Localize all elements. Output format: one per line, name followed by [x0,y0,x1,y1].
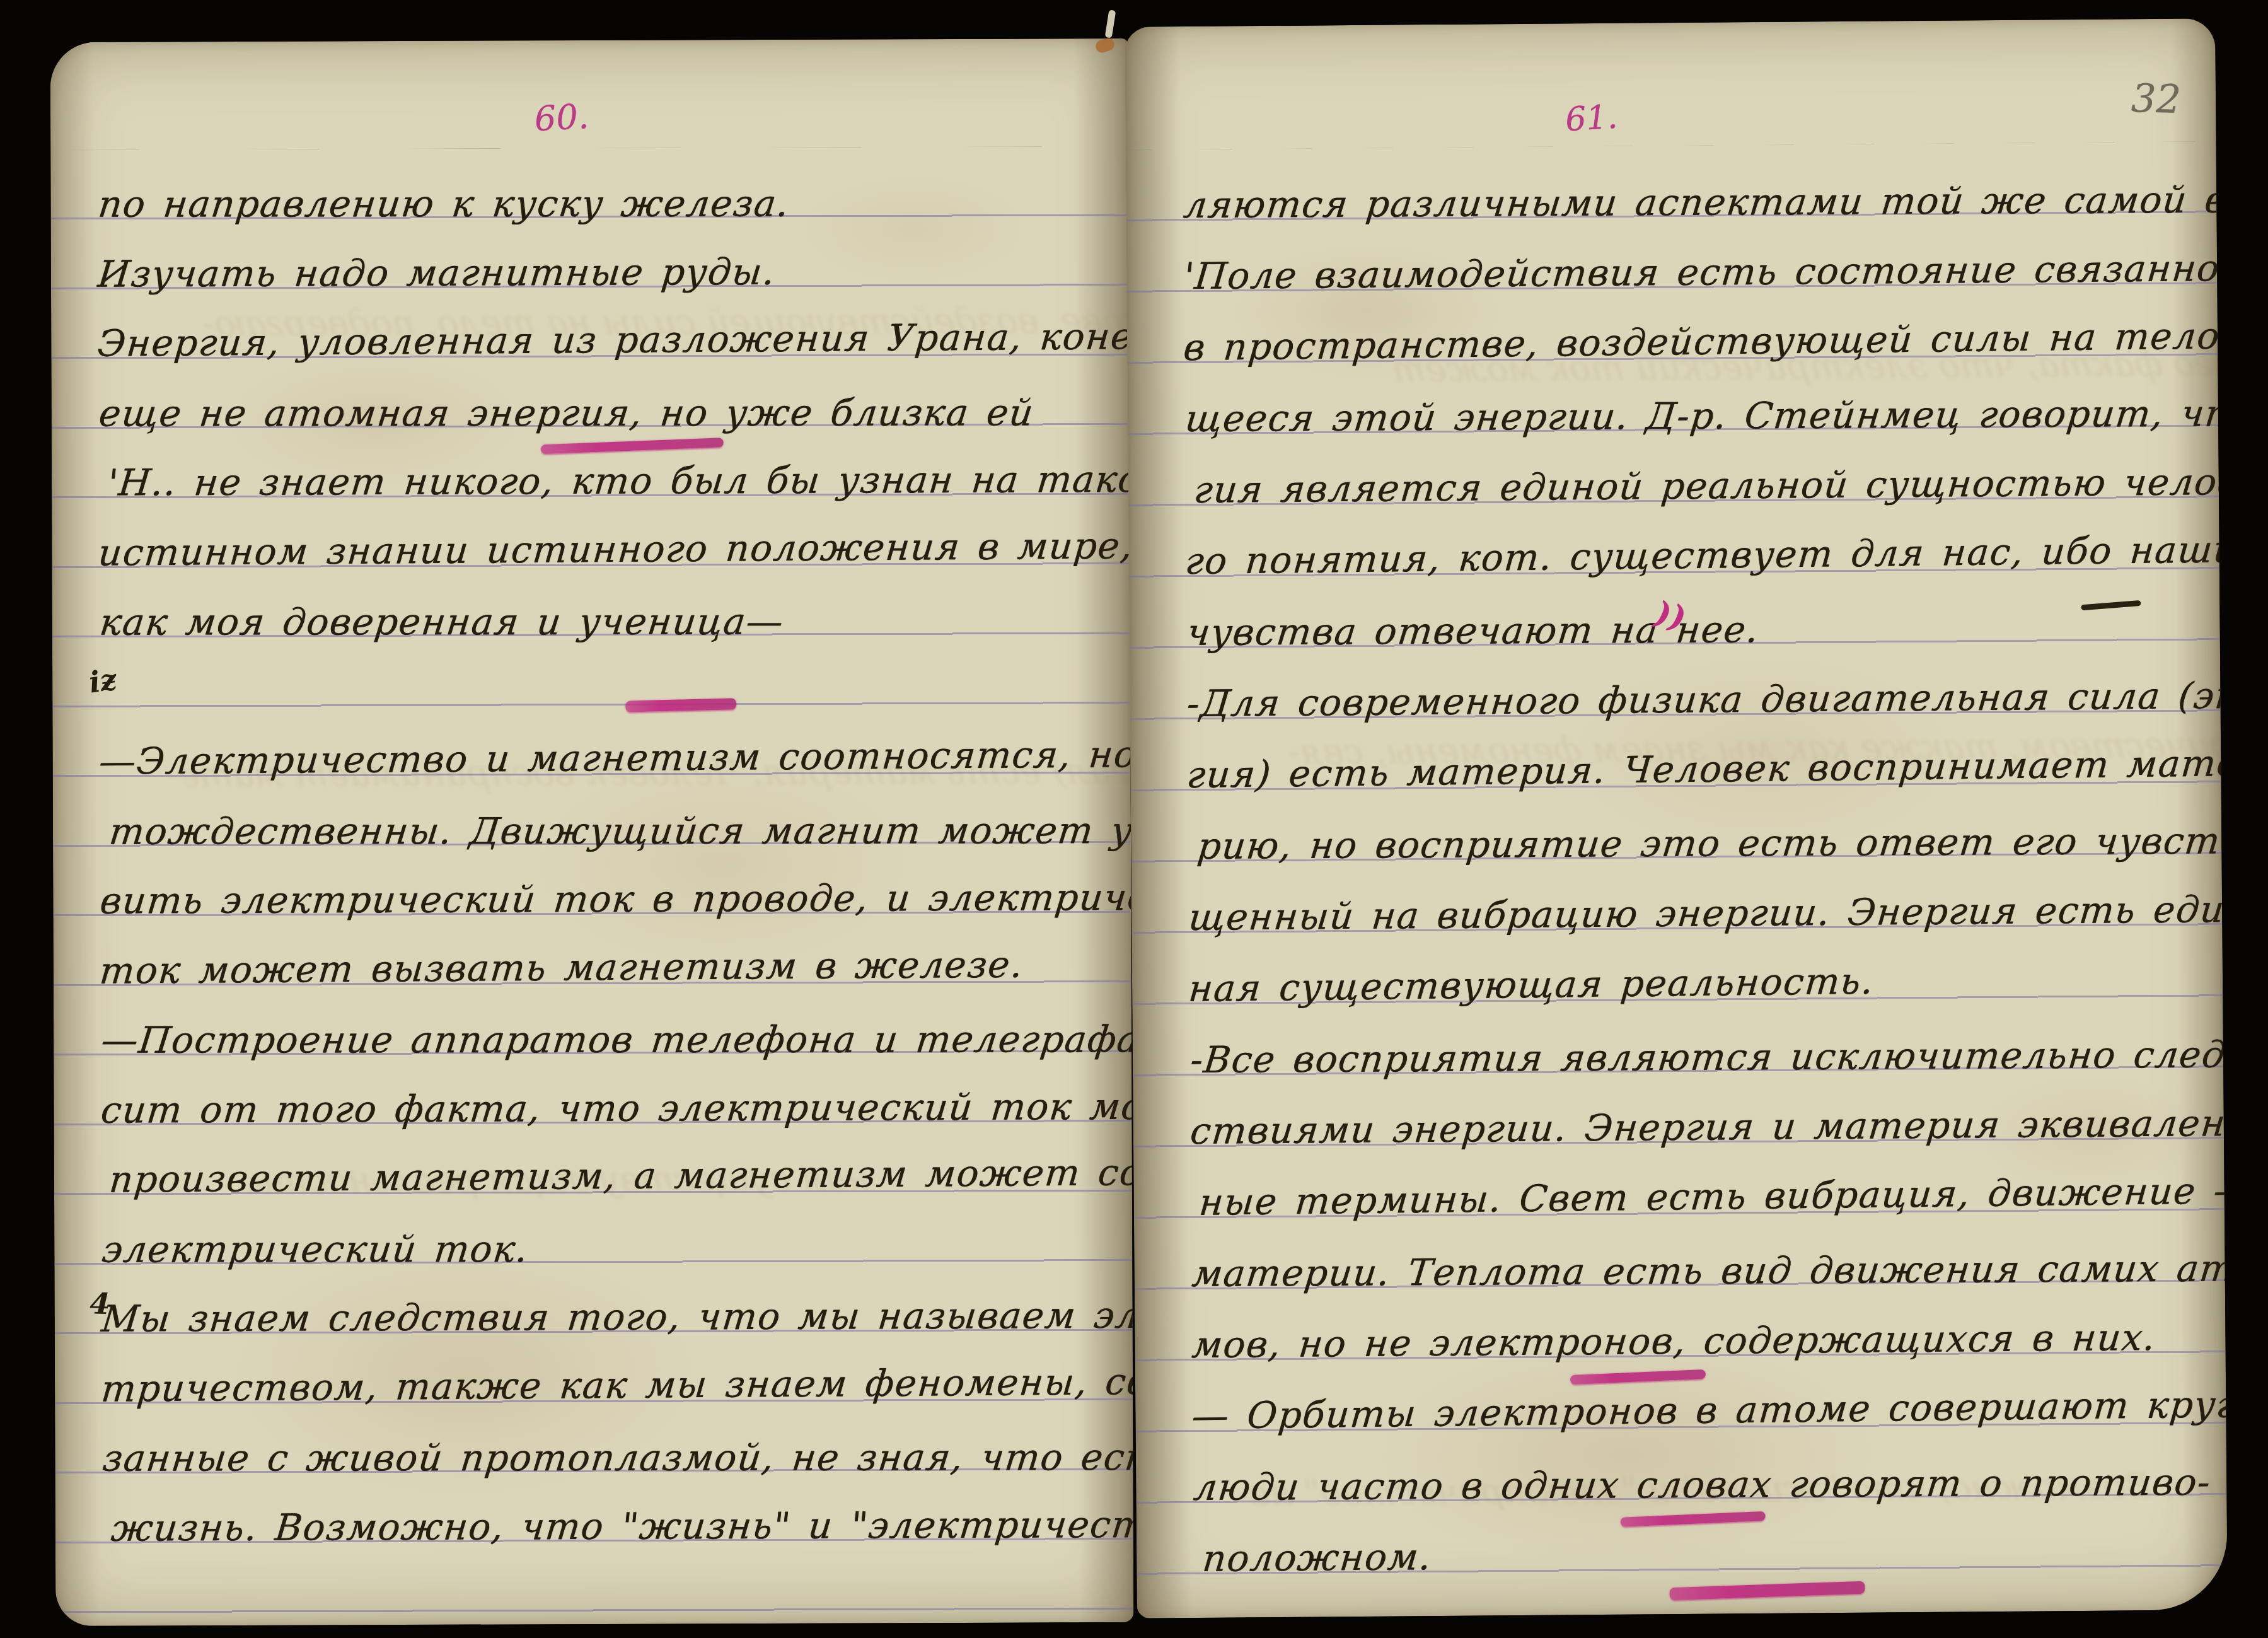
pencil-corner-number: 32 [2131,79,2182,119]
handwritten-line: Изучать надо магнитные руды. [93,253,777,327]
handwriting-block-right: ляются различными аспектами той же самой… [1125,18,2215,27]
handwritten-line: занные с живой протоплазмой, не зная, чт… [97,1439,1134,1512]
handwritten-line: материи. Теплота есть вид движения самих… [1186,1250,2228,1327]
handwritten-line: положном. [1198,1538,1433,1612]
handwritten-line: в пространстве, воздействующей силы на т… [1179,315,2228,401]
handwritten-line: как моя доверенная и ученица— [94,603,786,676]
handwritten-line: по направлению к куску железа. [93,185,792,258]
handwritten-line: ток может вызвать магнетизм в железе. [95,946,1025,1024]
margin-flourish-mark: iƶ [87,665,119,697]
magenta-underline [1669,1581,1865,1601]
notebook-page-left: 60. в пространстве, воздействующей силы … [50,38,1134,1626]
handwritten-line: гия) есть материя. Человек воспринимает … [1183,745,2228,828]
handwritten-line: щенный на вибрацию энергии. Энергия есть… [1184,891,2228,971]
handwritten-line: го понятия, кот. существует для нас, ибо… [1181,531,2227,615]
handwritten-line: жизнь. Возможно, что "жизнь" и "электрич… [106,1506,1133,1582]
handwriting-block-left: по направлению к куску железа.Изучать на… [50,38,1128,42]
handwritten-line: электрический ток. [96,1231,531,1303]
notebook-spread-photo: 60. в пространстве, воздействующей силы … [0,0,2268,1638]
handwritten-line: —Электричество и магнетизм соотносятся, … [95,736,1133,815]
handwritten-line: — Орбиты электронов в атоме совершают кр… [1188,1386,2228,1470]
handwritten-line: произвести магнетизм, а магнетизм может … [105,1153,1133,1233]
handwritten-line: Энергия, уловленная из разложения Урана,… [93,317,1134,397]
handwritten-line: ные термины. Свет есть вибрация, движени… [1195,1172,2227,1256]
handwritten-line: щееся этой энергии. Д-р. Стейнмец говори… [1180,394,2228,472]
handwritten-line: истинном знании истинного положения в ми… [94,527,1134,606]
handwritten-line: ляются различными аспектами той же самой… [1178,181,2228,259]
margin-paragraph-mark: 4 [90,1289,110,1318]
handwritten-line: еще не атомная энергия, но уже близка ей [93,394,1036,467]
page-number-right: 61. [1565,100,1619,137]
handwritten-line: -Все восприятия являются исключительно с… [1185,1036,2228,1113]
binding-thread-stitch [1105,9,1116,38]
handwritten-line: —Построение аппаратов телефона и телегра… [95,1021,1133,1094]
magenta-underline [625,698,736,712]
notebook-page-right: 61. 32 сит от того факта, что электричес… [1125,18,2228,1618]
page-number-left: 60. [534,100,590,137]
handwritten-line: тождественны. Движущийся магнит может ус… [103,812,1133,885]
handwritten-line: тричеством, также как мы знаем феномены,… [96,1362,1133,1442]
handwritten-line: люди часто в одних словах говорят о прот… [1188,1464,2213,1542]
handwritten-line: рию, но восприятие это есть ответ его чу… [1192,822,2228,900]
handwritten-line: ная существующая реальность. [1184,963,1876,1042]
